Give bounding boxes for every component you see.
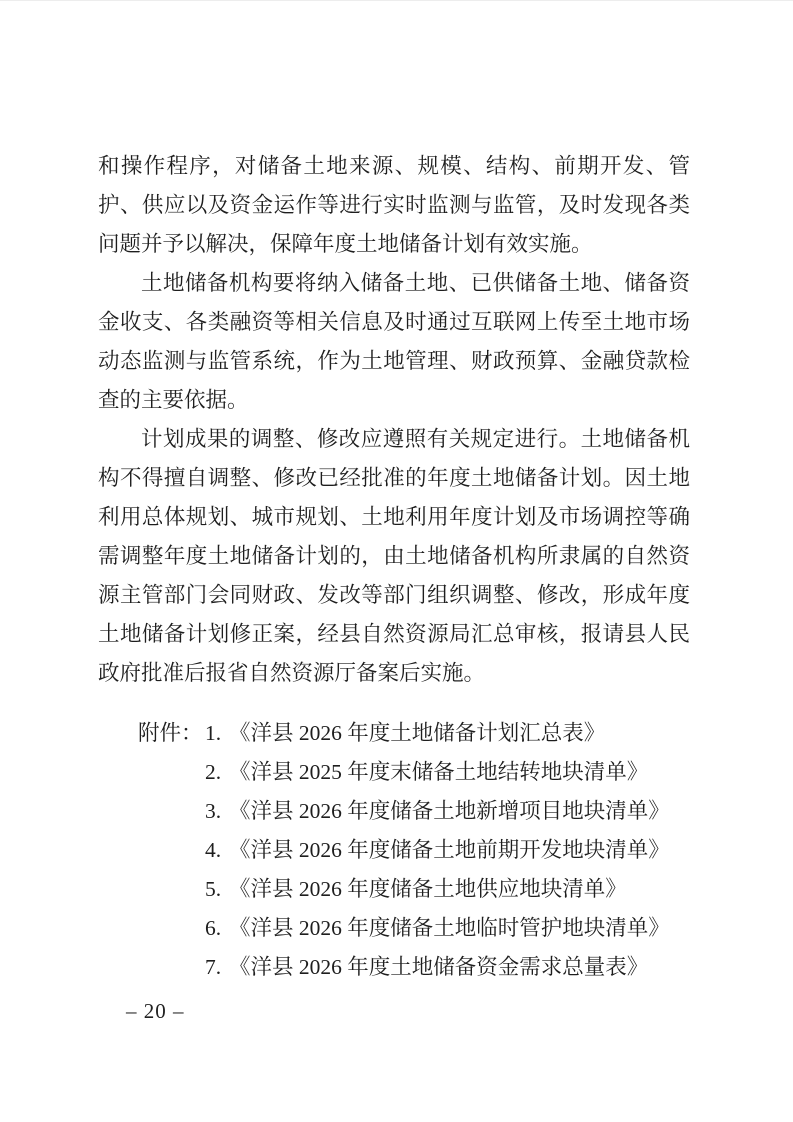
- attachment-number: 7.: [205, 948, 225, 987]
- attachment-item: 附件：1.《洋县 2026 年度土地储备计划汇总表》: [138, 714, 690, 753]
- body-paragraph-continuation: 和操作程序，对储备土地来源、规模、结构、前期开发、管护、供应以及资金运作等进行实…: [98, 147, 690, 264]
- attachment-item: 4.《洋县 2026 年度储备土地前期开发地块清单》: [138, 831, 690, 870]
- attachment-number: 5.: [205, 870, 225, 909]
- attachment-title: 《洋县 2026 年度储备土地新增项目地块清单》: [229, 799, 670, 823]
- body-paragraph-adjustment: 计划成果的调整、修改应遵照有关规定进行。土地储备机构不得擅自调整、修改已经批准的…: [98, 420, 690, 693]
- attachment-item: 6.《洋县 2026 年度储备土地临时管护地块清单》: [138, 909, 690, 948]
- attachment-title: 《洋县 2026 年度储备土地临时管护地块清单》: [229, 916, 670, 940]
- attachment-number: 1.: [205, 714, 225, 753]
- attachment-title: 《洋县 2026 年度储备土地供应地块清单》: [229, 877, 627, 901]
- attachment-title: 《洋县 2026 年度土地储备计划汇总表》: [229, 721, 605, 745]
- page-number: – 20 –: [126, 997, 185, 1025]
- body-paragraph-reporting: 土地储备机构要将纳入储备土地、已供储备土地、储备资金收支、各类融资等相关信息及时…: [98, 264, 690, 420]
- attachments-block: 附件：1.《洋县 2026 年度土地储备计划汇总表》 2.《洋县 2025 年度…: [98, 714, 690, 987]
- page-content: 和操作程序，对储备土地来源、规模、结构、前期开发、管护、供应以及资金运作等进行实…: [98, 147, 690, 987]
- attachment-title: 《洋县 2026 年度土地储备资金需求总量表》: [229, 955, 648, 979]
- attachment-title: 《洋县 2025 年度末储备土地结转地块清单》: [229, 760, 648, 784]
- attachment-item: 7.《洋县 2026 年度土地储备资金需求总量表》: [138, 948, 690, 987]
- attachment-number: 6.: [205, 909, 225, 948]
- attachment-title: 《洋县 2026 年度储备土地前期开发地块清单》: [229, 838, 670, 862]
- attachment-item: 3.《洋县 2026 年度储备土地新增项目地块清单》: [138, 792, 690, 831]
- attachment-number: 2.: [205, 753, 225, 792]
- attachment-item: 2.《洋县 2025 年度末储备土地结转地块清单》: [138, 753, 690, 792]
- attachment-number: 4.: [205, 831, 225, 870]
- attachment-number: 3.: [205, 792, 225, 831]
- attachment-item: 5.《洋县 2026 年度储备土地供应地块清单》: [138, 870, 690, 909]
- attachments-label: 附件：: [138, 714, 205, 753]
- document-page: 和操作程序，对储备土地来源、规模、结构、前期开发、管护、供应以及资金运作等进行实…: [0, 0, 793, 1122]
